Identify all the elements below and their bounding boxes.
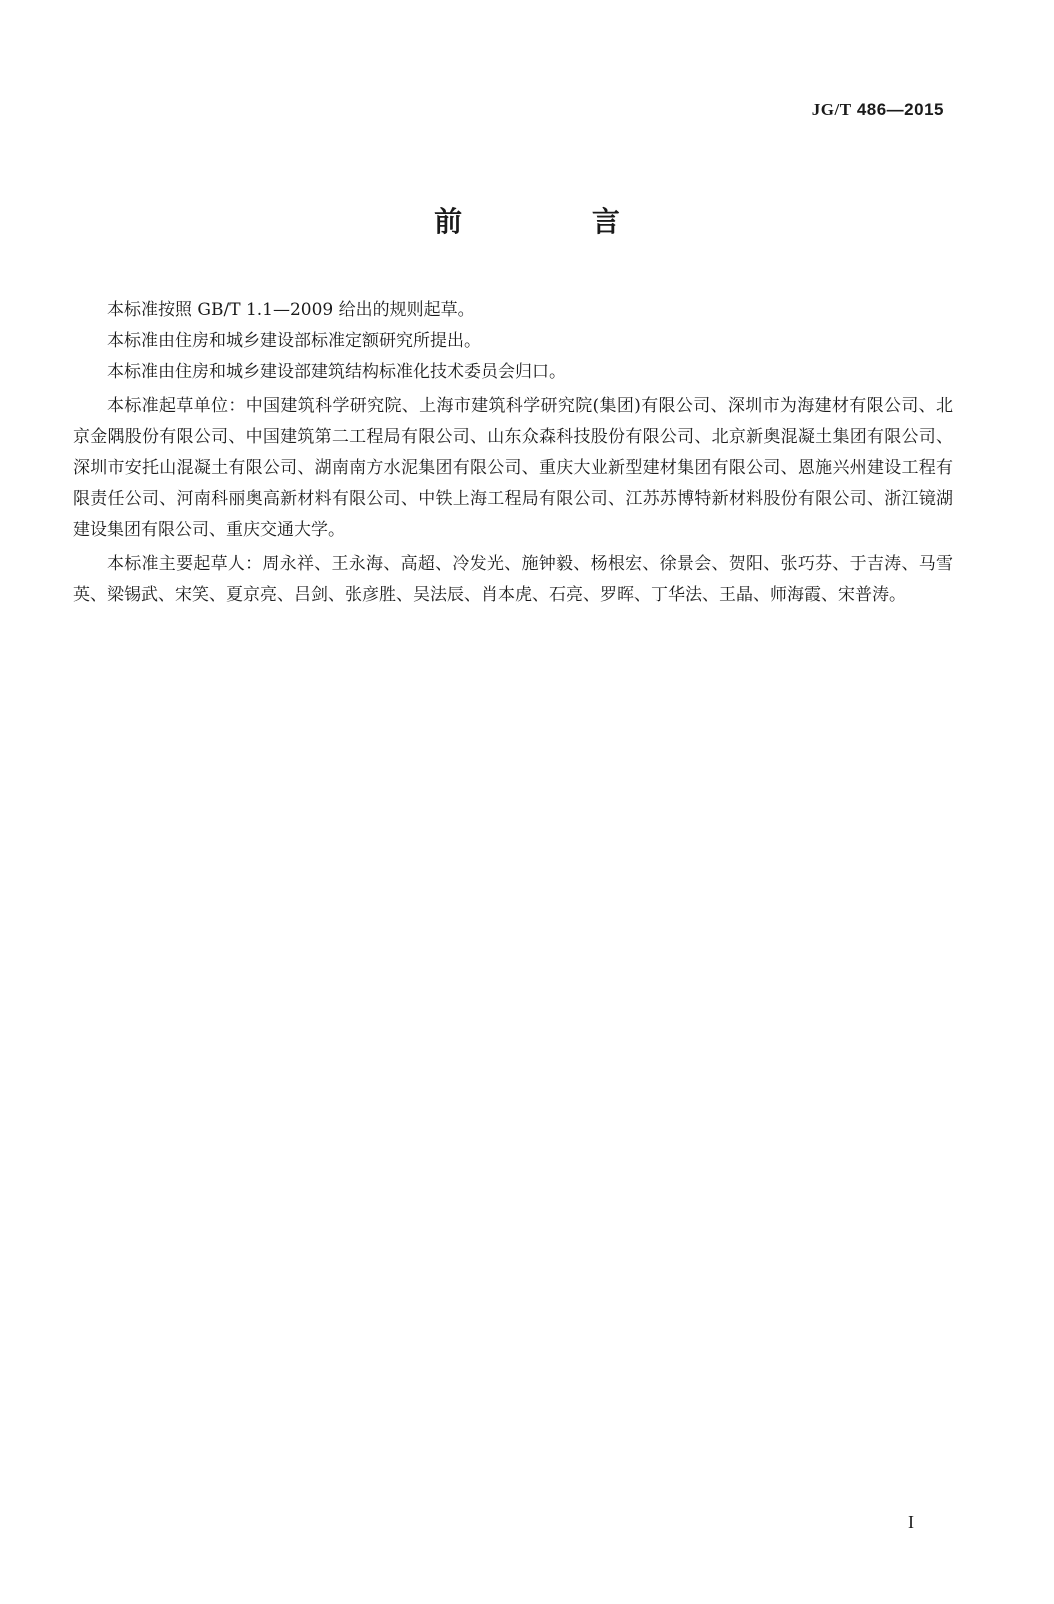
standard-code-number: 486—2015: [857, 100, 944, 119]
page-number: I: [908, 1512, 914, 1533]
foreword-body: 本标准按照 GB/T 1.1—2009 给出的规则起草。 本标准由住房和城乡建设…: [73, 295, 953, 611]
paragraph-drafting-units: 本标准起草单位：中国建筑科学研究院、上海市建筑科学研究院(集团)有限公司、深圳市…: [73, 391, 953, 546]
paragraph-administered-by: 本标准由住房和城乡建设部建筑结构标准化技术委员会归口。: [73, 357, 953, 388]
paragraph-proposed-by: 本标准由住房和城乡建设部标准定额研究所提出。: [73, 326, 953, 357]
paragraph-drafting-rules: 本标准按照 GB/T 1.1—2009 给出的规则起草。: [73, 295, 953, 326]
standard-code: JG/T 486—2015: [812, 100, 944, 120]
standard-code-prefix: JG/T: [812, 100, 852, 119]
page-title: 前 言: [0, 200, 1054, 240]
paragraph-main-drafters: 本标准主要起草人：周永祥、王永海、高超、冷发光、施钟毅、杨根宏、徐景会、贺阳、张…: [73, 549, 953, 611]
